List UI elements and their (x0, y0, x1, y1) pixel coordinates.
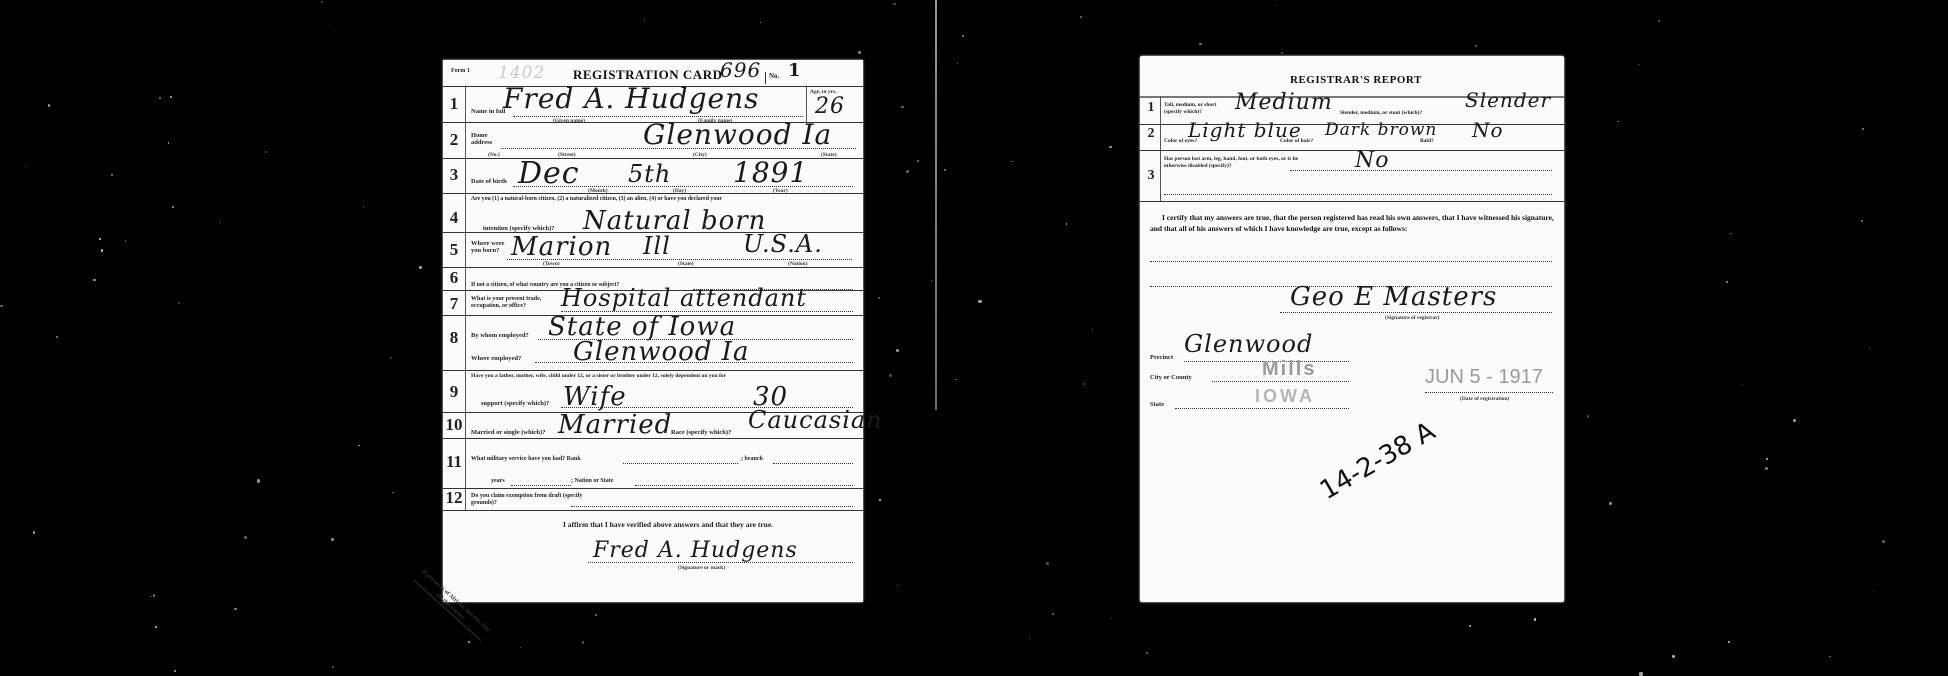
city-county-label: City or County (1150, 374, 1192, 381)
row-number: 9 (443, 382, 465, 402)
row-number: 3 (443, 165, 465, 185)
card-title: REGISTRATION CARD (573, 67, 722, 83)
sub-label: (Given name) (553, 118, 585, 124)
marital-status-value: Married (558, 410, 672, 440)
occupation-value: Hospital attendant (561, 284, 807, 312)
birth-town: Marion (511, 232, 612, 262)
dependents-question: Have you a father, mother, wife, child u… (471, 373, 726, 379)
registrar-signature-label: (Signature of registrar) (1385, 315, 1439, 321)
build-label: Slender, medium, or stout (which)? (1340, 110, 1422, 116)
employer-label: By whom employed? (471, 332, 529, 339)
military-branch-label: ; branch (741, 456, 763, 462)
row-number: 2 (1140, 126, 1162, 142)
dependents-label: support (specify which)? (481, 400, 549, 407)
name-value: Fred A. Hudgens (503, 82, 760, 115)
row-number: 7 (443, 294, 465, 314)
row-number: 11 (443, 452, 465, 472)
row-number: 12 (443, 488, 465, 508)
registrant-signature: Fred A. Hudgens (593, 538, 798, 563)
dob-year: 1891 (733, 156, 808, 189)
height-label: Tall, medium, or short (specify which)? (1164, 102, 1234, 116)
registrars-report-back: REGISTRAR'S REPORT 1 Tall, medium, or sh… (1140, 56, 1564, 602)
build-value: Slender (1465, 88, 1551, 112)
race-label: Race (specify which)? (671, 429, 731, 436)
date-label: (Date of registration) (1460, 396, 1509, 402)
dob-day: 5th (628, 160, 671, 188)
age-value: 26 (815, 94, 845, 119)
dob-label: Date of birth (471, 178, 507, 185)
occupation-label: What is your present trade, occupation, … (471, 296, 566, 310)
height-value: Medium (1235, 90, 1333, 115)
row-number: 2 (443, 130, 465, 150)
serial-number: 1 (788, 60, 802, 81)
row-number: 10 (443, 415, 465, 435)
hair-color-label: Color of hair? (1280, 138, 1313, 144)
military-years-label: years (491, 478, 505, 484)
affirmation-text: I affirm that I have verified above answ… (563, 520, 773, 529)
row-number: 1 (443, 94, 465, 114)
precinct-label: Precinct (1150, 354, 1173, 361)
file-stamp: 14-2-38 A (1315, 416, 1440, 506)
home-address-label: Home address (471, 132, 499, 146)
bald-value: No (1472, 118, 1504, 142)
divider-line (935, 0, 937, 410)
card-number: 696 (720, 58, 761, 82)
date-stamp: JUN 5 - 1917 (1425, 366, 1543, 389)
military-rank-label: What military service have you had? Rank (471, 456, 581, 462)
state-stamp: IOWA (1255, 386, 1315, 407)
disability-label: Has person lost arm, leg, hand, foot, or… (1164, 156, 1314, 170)
precinct-value: Glenwood (1184, 330, 1313, 358)
hair-color-value: Dark brown (1325, 120, 1437, 140)
work-location-label: Where employed? (471, 355, 521, 362)
faint-number: 1402 (498, 63, 545, 83)
state-label: State (1150, 401, 1164, 408)
row-number: 1 (1140, 100, 1162, 116)
name-label: Name in full (471, 108, 505, 115)
signature-label: (Signature or mark) (678, 565, 725, 571)
birthplace-label: Where were you born? (471, 240, 507, 254)
home-address-value: Glenwood Ia (643, 118, 832, 151)
row-number: 8 (443, 328, 465, 348)
report-title: REGISTRAR'S REPORT (1290, 74, 1422, 86)
citizenship-label: intention (specify which)? (483, 225, 555, 232)
exemption-label: Do you claim exemption from draft (speci… (471, 493, 591, 507)
registrar-signature: Geo E Masters (1290, 282, 1497, 312)
form-label: Form 1 (451, 68, 470, 74)
row-number: 4 (443, 208, 465, 228)
registration-card-front: Form 1 1402 REGISTRATION CARD 696 No. 1 … (443, 60, 863, 602)
row-number: 5 (443, 240, 465, 260)
certification-text: I certify that my answers are true, that… (1150, 212, 1555, 234)
marital-status-label: Married or single (which)? (471, 429, 545, 436)
bald-label: Bald? (1420, 138, 1434, 144)
race-value: Caucasian (748, 406, 883, 434)
row-number: 6 (443, 268, 465, 288)
citizenship-question: Are you (1) a natural-born citizen, (2) … (471, 196, 722, 202)
row-number: 3 (1140, 168, 1162, 184)
military-nation-label: ; Nation or State (571, 478, 613, 484)
county-stamp: Mills (1262, 358, 1316, 381)
corner-note: If person is of African descent, tear of… (414, 568, 492, 641)
birth-state: Ill (643, 232, 671, 260)
birth-nation: U.S.A. (743, 230, 823, 258)
no-label: No. (765, 72, 779, 84)
